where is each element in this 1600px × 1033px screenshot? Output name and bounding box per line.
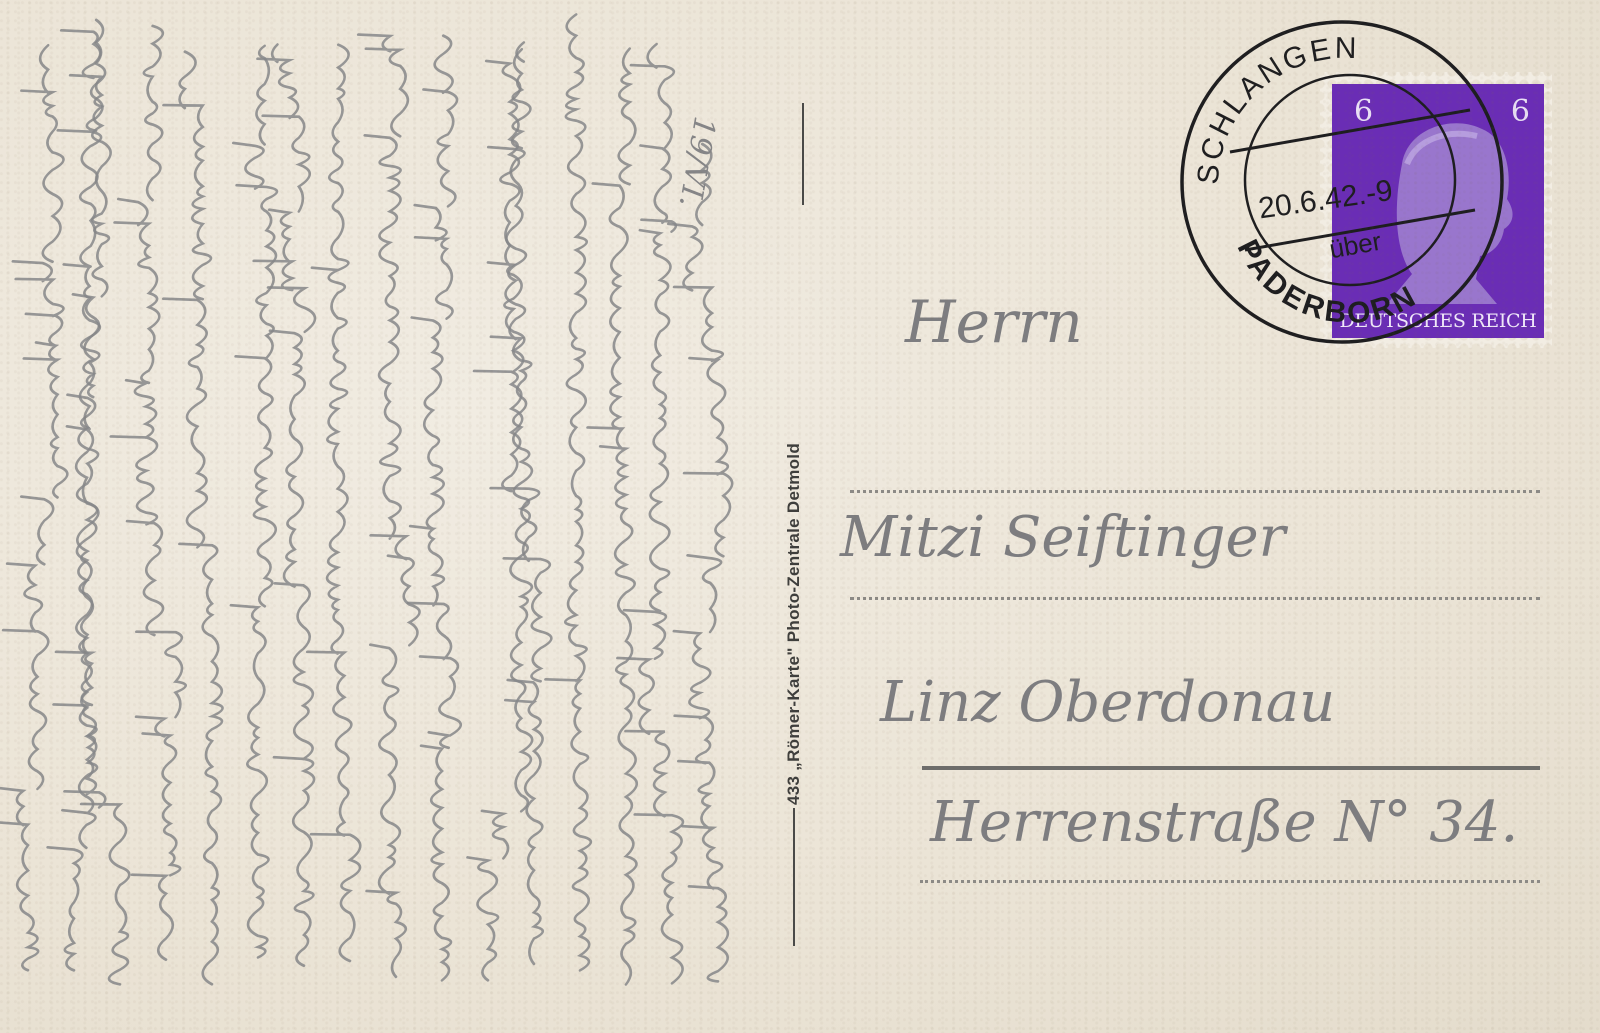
divider-line-top xyxy=(802,103,804,205)
stamp-denomination-left: 6 xyxy=(1354,94,1373,129)
divider-line-bottom xyxy=(793,808,795,946)
address-city: Linz Oberdonau xyxy=(880,670,1335,735)
address-street: Herrenstraße N° 34. xyxy=(930,790,1518,855)
address-salutation: Herrn xyxy=(905,288,1083,356)
handwritten-message xyxy=(0,0,780,1033)
stamp-portrait-icon xyxy=(1372,104,1522,304)
stamp-country: DEUTSCHES REICH xyxy=(1332,310,1544,332)
address-line-2 xyxy=(850,597,1540,600)
postage-stamp-face: 6 6 DEUTSCHES REICH xyxy=(1332,84,1544,338)
postcard-back: 19/VI. 433 „Römer-Karte" Photo-Zentrale … xyxy=(0,0,1600,1033)
address-name: Mitzi Seiftinger xyxy=(840,505,1285,570)
address-line-3 xyxy=(922,766,1540,770)
address-line-4 xyxy=(920,880,1540,883)
address-line-1 xyxy=(850,490,1540,493)
publisher-imprint: 433 „Römer-Karte" Photo-Zentrale Detmold xyxy=(784,443,804,805)
message-handwriting-strokes xyxy=(0,0,780,1033)
